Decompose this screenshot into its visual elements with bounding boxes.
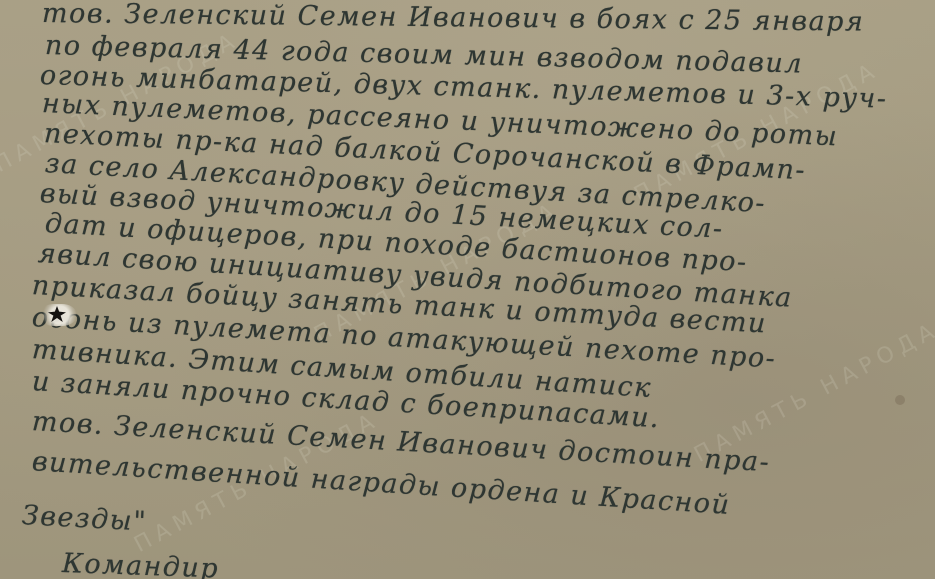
text-line-16: Звезды" <box>21 500 148 538</box>
text-line-17: Командир <box>61 548 219 579</box>
paper-stain <box>895 395 905 405</box>
